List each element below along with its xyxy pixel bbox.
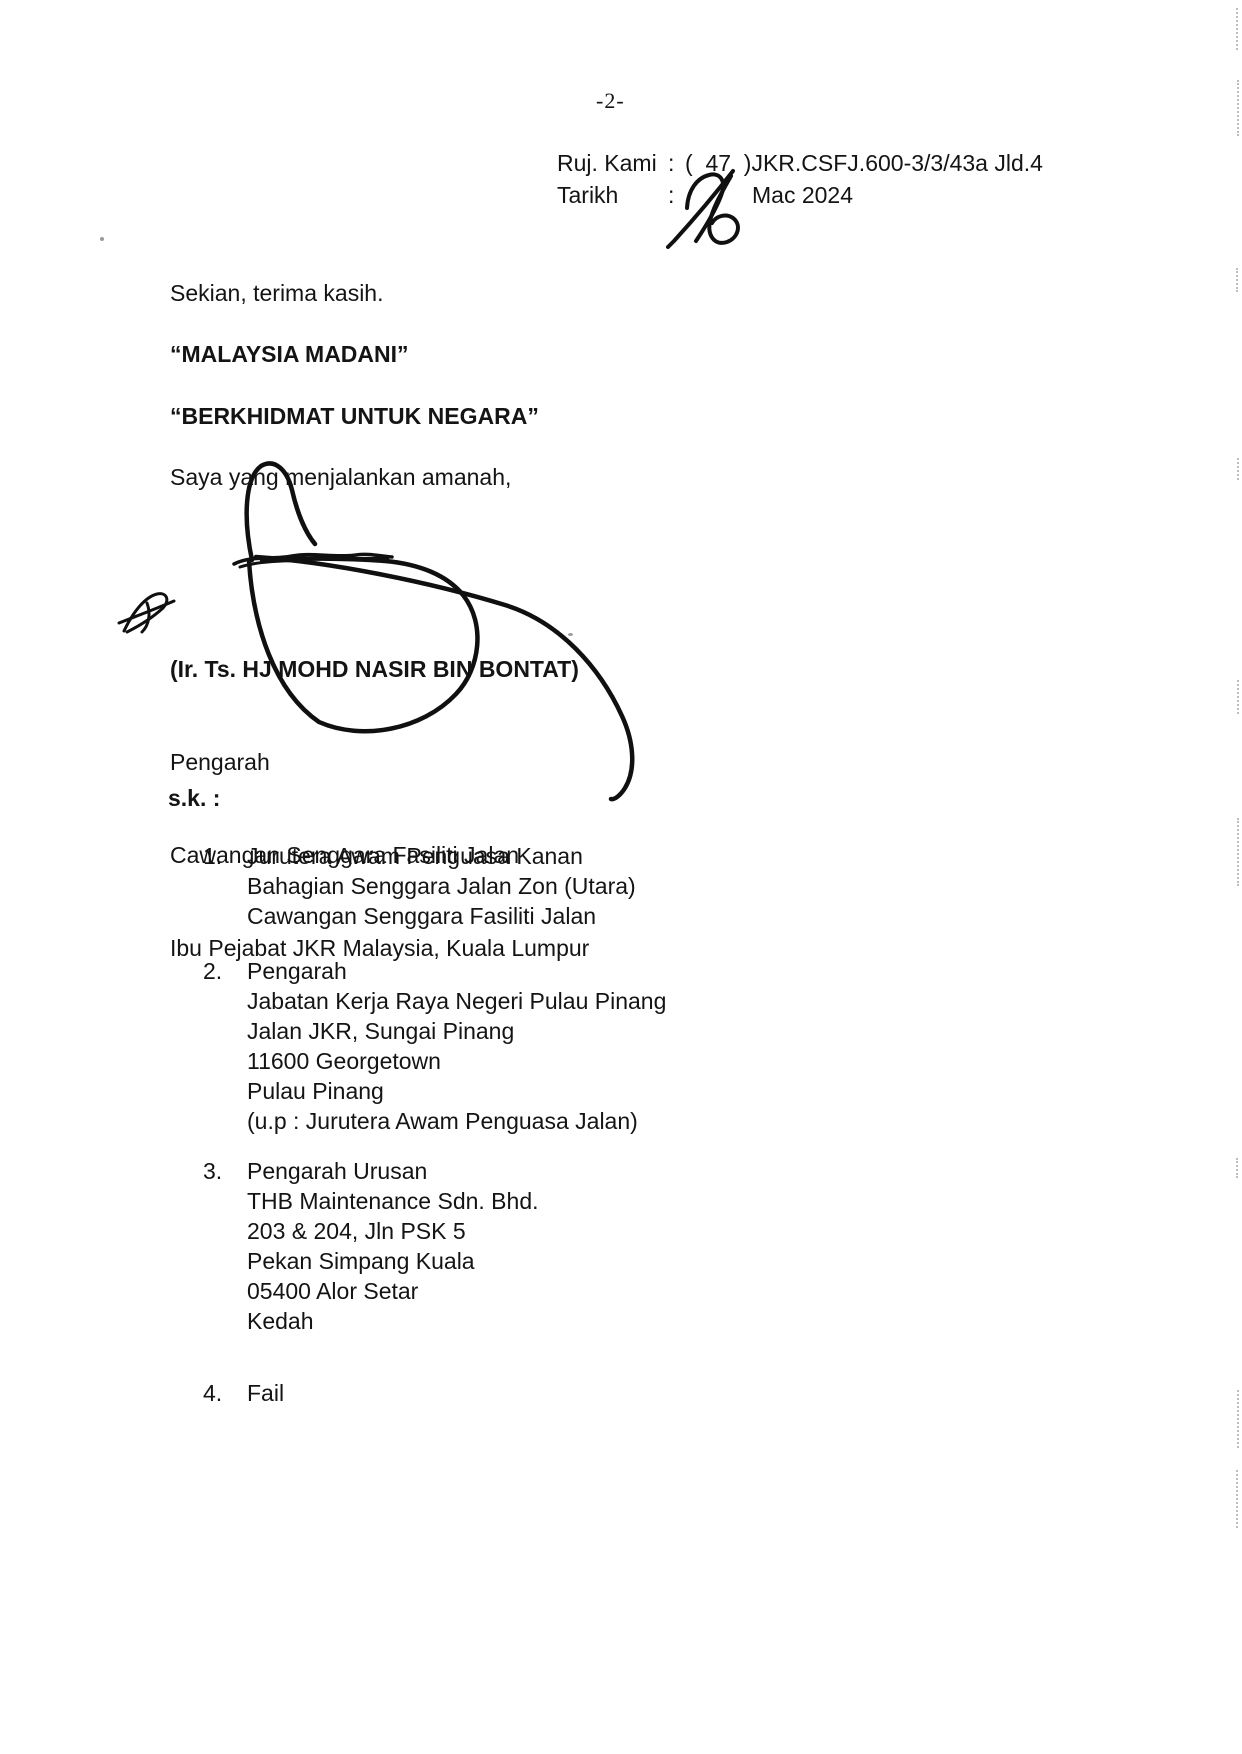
signatory-title: Pengarah [170, 747, 589, 778]
cc-line: 203 & 204, Jln PSK 5 [247, 1216, 539, 1246]
scan-artifact [1237, 80, 1239, 136]
cc-item-lines: Jurutera Awam Penguasa Kanan Bahagian Se… [247, 841, 636, 931]
cc-line: Pulau Pinang [247, 1076, 666, 1106]
cc-item-number: 1. [203, 841, 222, 871]
scan-artifact [1236, 1158, 1238, 1178]
signatory-initials [119, 594, 174, 632]
cc-line: Pengarah [247, 956, 666, 986]
cc-line: Fail [247, 1378, 284, 1408]
scanned-letter-page: -2- Ruj. Kami : ( 47 )JKR.CSFJ.600-3/3/4… [0, 0, 1242, 1754]
scan-speck [100, 237, 104, 241]
ref-label: Ruj. Kami [557, 150, 657, 177]
cc-item-lines: Fail [247, 1378, 284, 1408]
cc-item-lines: Pengarah Jabatan Kerja Raya Negeri Pulau… [247, 956, 666, 1136]
cc-line: THB Maintenance Sdn. Bhd. [247, 1186, 539, 1216]
cc-line: Jalan JKR, Sungai Pinang [247, 1016, 666, 1046]
cc-line: Jurutera Awam Penguasa Kanan [247, 841, 636, 871]
cc-item-2: 2. Pengarah Jabatan Kerja Raya Negeri Pu… [203, 956, 666, 1136]
cc-item-number: 2. [203, 956, 222, 986]
cc-label: s.k. : [168, 785, 220, 812]
slogan-berkhidmat: “BERKHIDMAT UNTUK NEGARA” [170, 403, 539, 430]
cc-line: 05400 Alor Setar [247, 1276, 539, 1306]
scan-artifact [1237, 680, 1239, 714]
scan-artifact [1236, 1470, 1238, 1528]
slogan-malaysia-madani: “MALAYSIA MADANI” [170, 341, 409, 368]
date-colon: : [668, 182, 674, 209]
cc-item-lines: Pengarah Urusan THB Maintenance Sdn. Bhd… [247, 1156, 539, 1336]
scan-artifact [1236, 268, 1238, 292]
scan-artifact [1236, 8, 1238, 50]
cc-item-1: 1. Jurutera Awam Penguasa Kanan Bahagian… [203, 841, 636, 931]
cc-line: Jabatan Kerja Raya Negeri Pulau Pinang [247, 986, 666, 1016]
signatory-name: (Ir. Ts. HJ MOHD NASIR BIN BONTAT) [170, 654, 589, 685]
scan-speck [568, 633, 573, 636]
ref-value: ( 47 )JKR.CSFJ.600-3/3/43a Jld.4 [685, 150, 1043, 177]
reference-block: Ruj. Kami : ( 47 )JKR.CSFJ.600-3/3/43a J… [557, 150, 1117, 258]
ref-colon: : [668, 150, 674, 177]
closing-line: Sekian, terima kasih. [170, 280, 383, 307]
cc-line: Kedah [247, 1306, 539, 1336]
date-row: Tarikh : Mac 2024 [557, 182, 595, 317]
cc-line: Pengarah Urusan [247, 1156, 539, 1186]
cc-item-number: 3. [203, 1156, 222, 1186]
cc-line: Bahagian Senggara Jalan Zon (Utara) [247, 871, 636, 901]
scan-artifact [1237, 818, 1239, 886]
date-label: Tarikh [557, 182, 618, 209]
cc-item-3: 3. Pengarah Urusan THB Maintenance Sdn. … [203, 1156, 539, 1336]
scan-artifact [1237, 1390, 1239, 1448]
date-value: Mac 2024 [752, 182, 853, 209]
cc-item-4: 4. Fail [203, 1378, 284, 1408]
page-number: -2- [596, 88, 625, 114]
cc-line: Cawangan Senggara Fasiliti Jalan [247, 901, 636, 931]
cc-line: (u.p : Jurutera Awam Penguasa Jalan) [247, 1106, 666, 1136]
scan-artifact [1237, 458, 1239, 480]
signature-intro-line: Saya yang menjalankan amanah, [170, 464, 511, 491]
cc-line: Pekan Simpang Kuala [247, 1246, 539, 1276]
cc-line: 11600 Georgetown [247, 1046, 666, 1076]
cc-item-number: 4. [203, 1378, 222, 1408]
